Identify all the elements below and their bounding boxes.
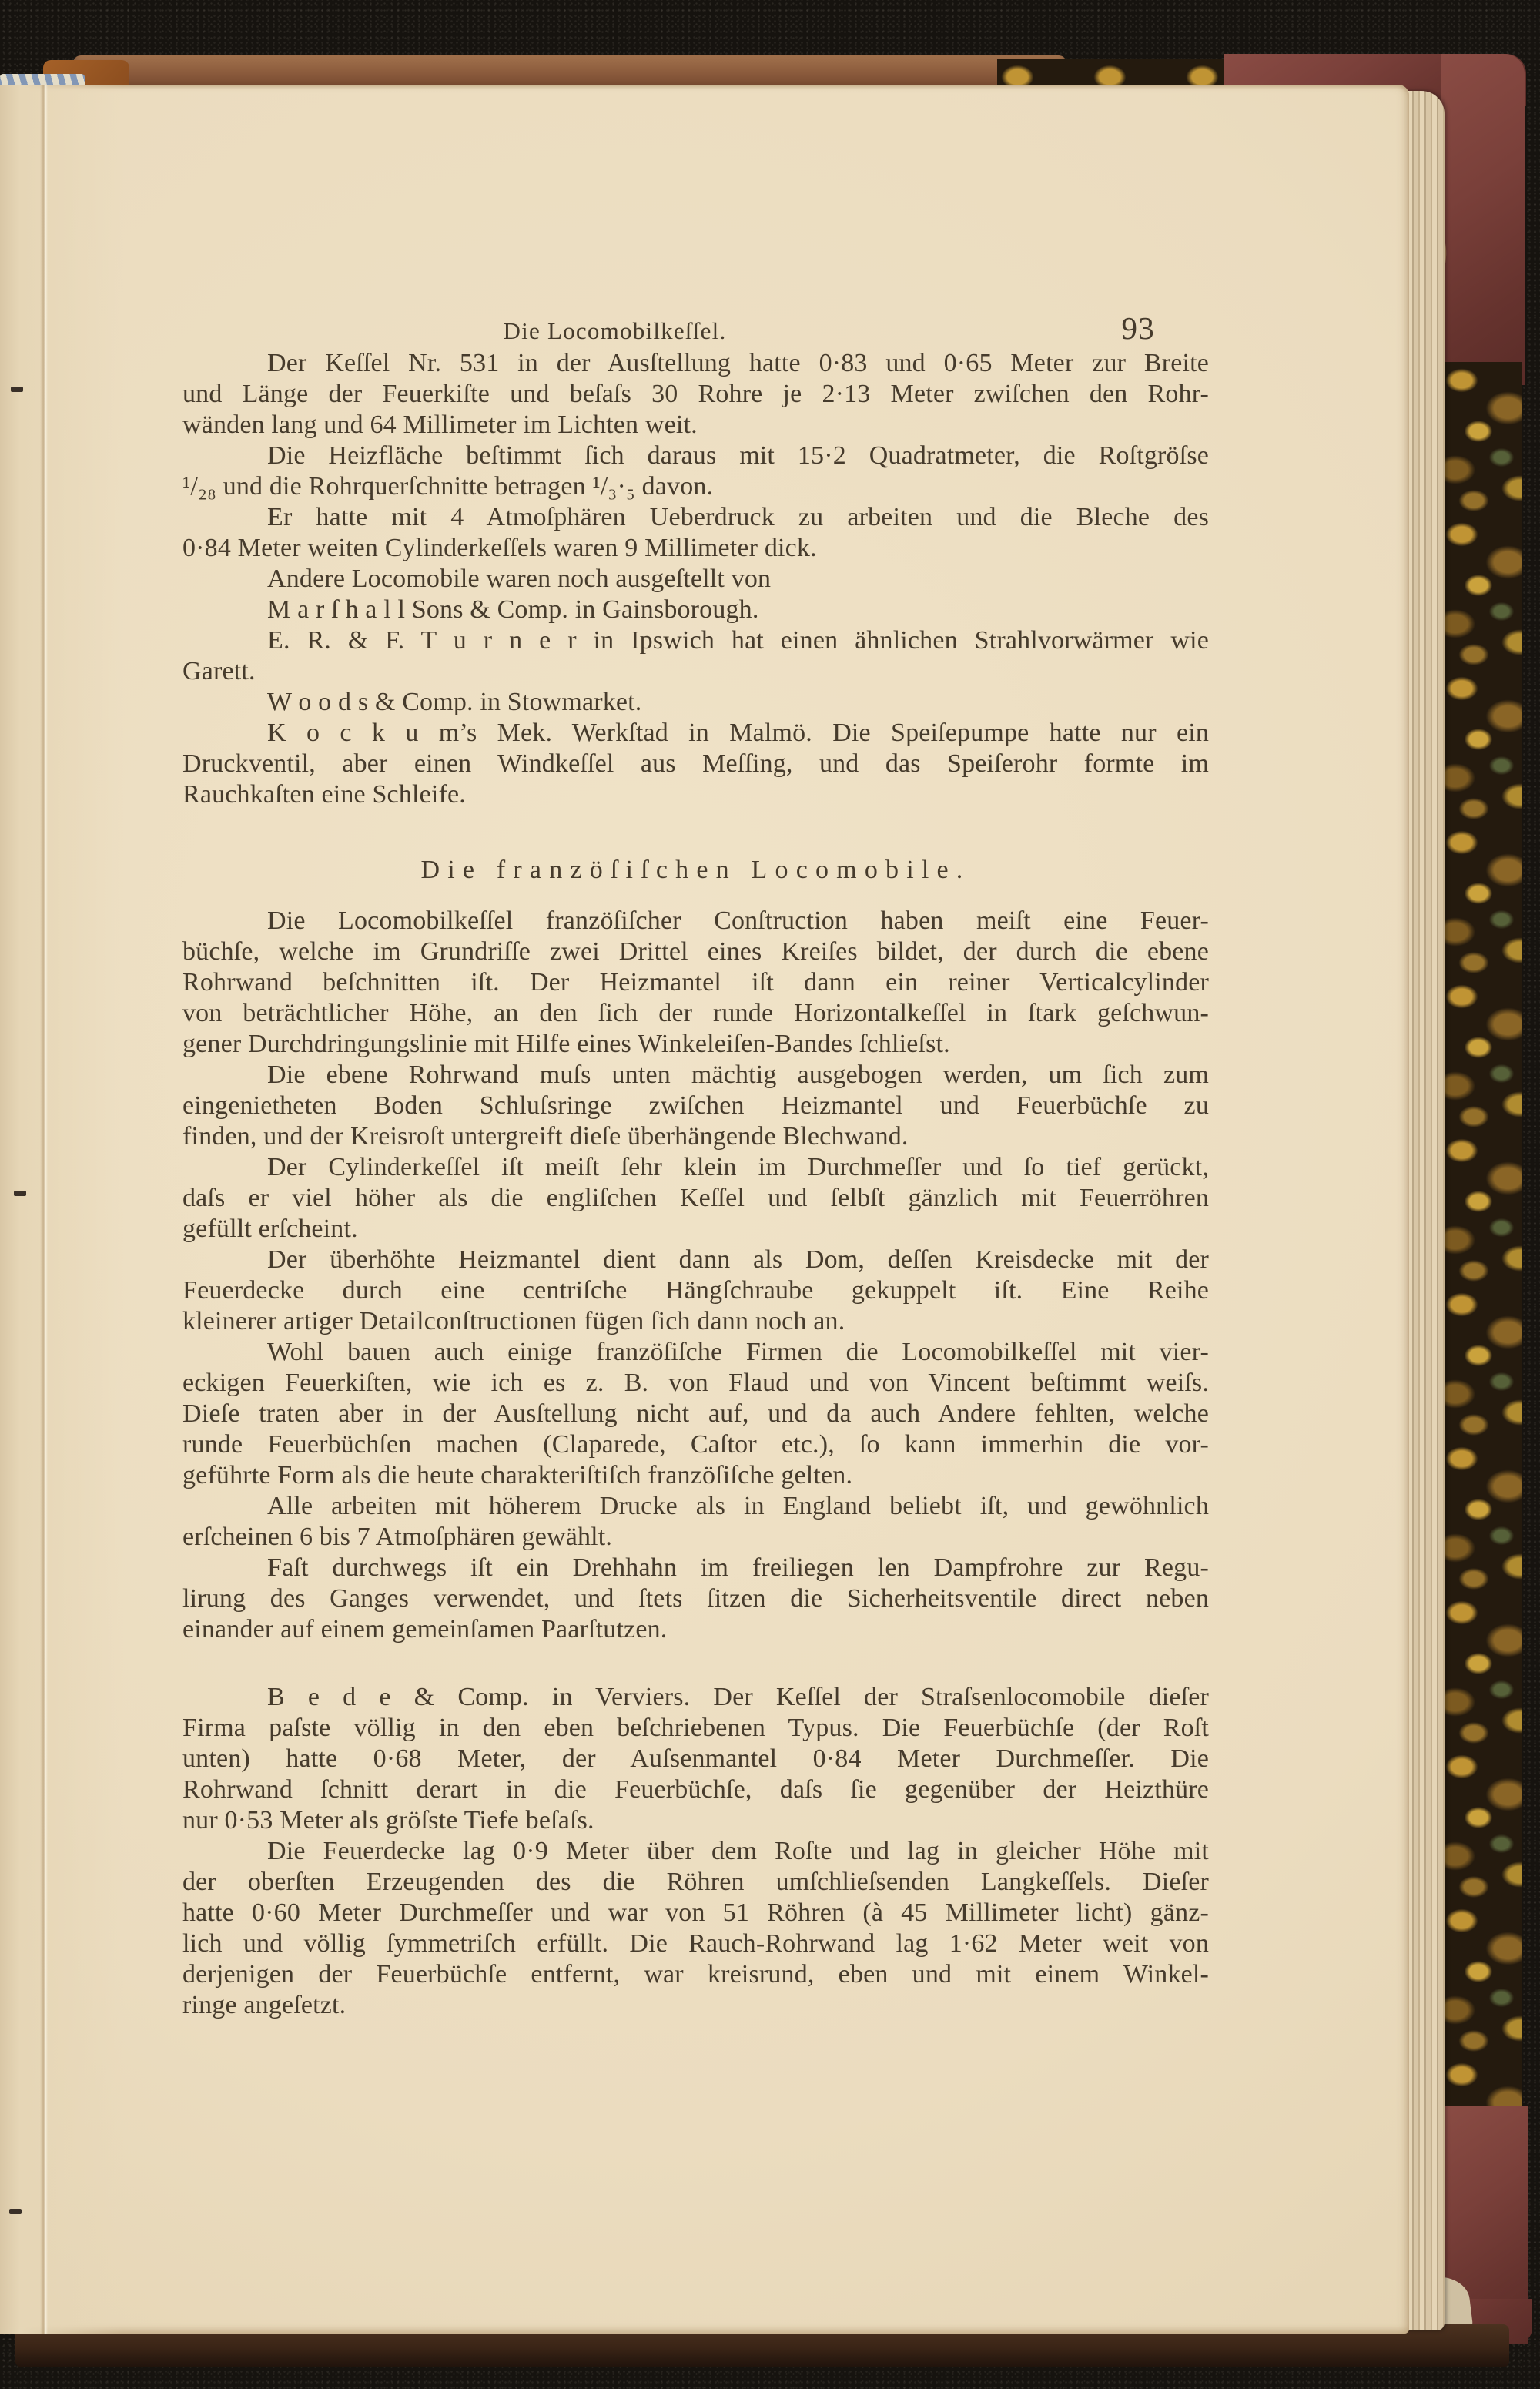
text-line: derjenigen der Feuerbüchſe entfernt, war… — [182, 1959, 1209, 1990]
book-page: Die Locomobilkeſſel. 93 Der Keſſel Nr. 5… — [0, 85, 1409, 2334]
text-line: Rohrwand beſchnitten iſt. Der Heizmantel… — [182, 967, 1209, 998]
paragraph: Wohl bauen auch einige franzöſiſche Firm… — [182, 1337, 1209, 1491]
text-line: Rohrwand ſchnitt derart in die Feuerbüch… — [182, 1774, 1209, 1805]
paragraph: Die Heizfläche beſtimmt ſich daraus mit … — [182, 441, 1209, 502]
text-line: B e d e & Comp. in Verviers. Der Keſſel … — [182, 1682, 1209, 1713]
text-line: M a r ſ h a l l Sons & Comp. in Gainsbor… — [182, 595, 1209, 625]
text-line: erſcheinen 6 bis 7 Atmoſphären gewählt. — [182, 1522, 1209, 1553]
text-column: Die Locomobilkeſſel. 93 Der Keſſel Nr. 5… — [182, 85, 1209, 2021]
paragraph: Die Feuerdecke lag 0·9 Meter über dem Ro… — [182, 1836, 1209, 2021]
margin-mark — [11, 387, 23, 392]
text-line: Feuerdecke durch eine centriſche Hängſch… — [182, 1275, 1209, 1306]
paragraph: M a r ſ h a l l Sons & Comp. in Gainsbor… — [182, 595, 1209, 625]
text-line: Der überhöhte Heizmantel dient dann als … — [182, 1245, 1209, 1275]
text-line: W o o d s & Comp. in Stowmarket. — [182, 687, 1209, 718]
text-line: runde Feuerbüchſen machen (Claparede, Ca… — [182, 1429, 1209, 1460]
text-line: Die ebene Rohrwand muſs unten mächtig au… — [182, 1060, 1209, 1091]
page-gutter-shading — [0, 85, 123, 2334]
section-heading: Die franzöſiſchen Locomobile. — [182, 855, 1209, 886]
text-line: Der Keſſel Nr. 531 in der Ausſtellung ha… — [182, 348, 1209, 379]
text-line: Wohl bauen auch einige franzöſiſche Firm… — [182, 1337, 1209, 1368]
text-line: gefüllt erſcheint. — [182, 1214, 1209, 1245]
text-line: hatte 0·60 Meter Durchmeſſer und war von… — [182, 1898, 1209, 1928]
margin-mark — [14, 1191, 26, 1196]
paragraph: Der Keſſel Nr. 531 in der Ausſtellung ha… — [182, 348, 1209, 441]
running-title: Die Locomobilkeſſel. — [102, 317, 1128, 345]
text-line: Faſt durchwegs iſt ein Drehhahn im freil… — [182, 1553, 1209, 1583]
text-line: eckigen Feuerkiſten, wie ich es z. B. vo… — [182, 1368, 1209, 1399]
margin-mark — [9, 2209, 22, 2214]
scanned-book-photo: { "colors": { "paper": "#ebdcbf", "ink":… — [0, 0, 1540, 2389]
text-line: Rauchkaſten eine Schleife. — [182, 779, 1209, 810]
page-gutter-crease — [40, 85, 48, 2334]
text-line: Die Feuerdecke lag 0·9 Meter über dem Ro… — [182, 1836, 1209, 1867]
text-line: lich und völlig ſymmetriſch erfüllt. Die… — [182, 1928, 1209, 1959]
text-line: geführte Form als die heute charakteriſt… — [182, 1460, 1209, 1491]
paragraph: Andere Locomobile waren noch ausgeſtellt… — [182, 564, 1209, 595]
paragraph: Der überhöhte Heizmantel dient dann als … — [182, 1245, 1209, 1337]
text-line: der oberſten Erzeugenden des die Röhren … — [182, 1867, 1209, 1898]
page-number: 93 — [1122, 310, 1155, 347]
text-line: und Länge der Feuerkiſte und beſaſs 30 R… — [182, 379, 1209, 410]
text-line: lirung des Ganges verwendet, und ſtets ſ… — [182, 1583, 1209, 1614]
paragraph: Er hatte mit 4 Atmoſphären Ueberdruck zu… — [182, 502, 1209, 564]
paragraph: B e d e & Comp. in Verviers. Der Keſſel … — [182, 1682, 1209, 1836]
text-line: wänden lang und 64 Millimeter im Lichten… — [182, 410, 1209, 441]
text-line: Die Heizfläche beſtimmt ſich daraus mit … — [182, 441, 1209, 471]
paragraph: Faſt durchwegs iſt ein Drehhahn im freil… — [182, 1553, 1209, 1645]
text-line: 0·84 Meter weiten Cylinderkeſſels waren … — [182, 533, 1209, 564]
running-header: Die Locomobilkeſſel. 93 — [182, 317, 1209, 348]
text-line: unten) hatte 0·68 Meter, der Auſsenmante… — [182, 1744, 1209, 1774]
text-line: büchſe, welche im Grundriſſe zwei Dritte… — [182, 937, 1209, 967]
text-line: Die Locomobilkeſſel franzöſiſcher Conſtr… — [182, 906, 1209, 937]
text-line: von beträchtlicher Höhe, an den ſich der… — [182, 998, 1209, 1029]
text-line: Druckventil, aber einen Windkeſſel aus M… — [182, 749, 1209, 779]
paragraph: Die Locomobilkeſſel franzöſiſcher Conſtr… — [182, 906, 1209, 1060]
text-line: Alle arbeiten mit höherem Drucke als in … — [182, 1491, 1209, 1522]
text-line: ¹/₂₈ und die Rohrquerſchnitte betragen ¹… — [182, 471, 1209, 502]
text-line: E. R. & F. T u r n e r in Ipswich hat ei… — [182, 625, 1209, 656]
page-body-text: Der Keſſel Nr. 531 in der Ausſtellung ha… — [182, 348, 1209, 2021]
paragraph: E. R. & F. T u r n e r in Ipswich hat ei… — [182, 625, 1209, 687]
text-line: nur 0·53 Meter als gröſste Tiefe beſaſs. — [182, 1805, 1209, 1836]
text-line: Der Cylinderkeſſel iſt meiſt ſehr klein … — [182, 1152, 1209, 1183]
paragraph: K o c k u m’s Mek. Werkſtad in Malmö. Di… — [182, 718, 1209, 810]
text-line: kleinerer artiger Detailconſtructionen f… — [182, 1306, 1209, 1337]
cover-leather-edge-right — [1441, 54, 1525, 385]
text-line: Garett. — [182, 656, 1209, 687]
text-line: einander auf einem gemeinſamen Paarſtutz… — [182, 1614, 1209, 1645]
text-line: Firma paſste völlig in den eben beſchrie… — [182, 1713, 1209, 1744]
text-line: eingenietheten Boden Schluſsringe zwiſch… — [182, 1091, 1209, 1121]
text-line: daſs er viel höher als die engliſchen Ke… — [182, 1183, 1209, 1214]
text-line: finden, und der Kreisroſt untergreift di… — [182, 1121, 1209, 1152]
paragraph: Die ebene Rohrwand muſs unten mächtig au… — [182, 1060, 1209, 1152]
text-line: gener Durchdringungslinie mit Hilfe eine… — [182, 1029, 1209, 1060]
text-line: Die franzöſiſchen Locomobile. — [182, 855, 1209, 886]
paragraph: W o o d s & Comp. in Stowmarket. — [182, 687, 1209, 718]
cover-marbled-paper-right — [1441, 362, 1522, 2122]
paragraph: Der Cylinderkeſſel iſt meiſt ſehr klein … — [182, 1152, 1209, 1245]
paragraph: Alle arbeiten mit höherem Drucke als in … — [182, 1491, 1209, 1553]
text-line: ringe angeſetzt. — [182, 1990, 1209, 2021]
text-line: Dieſe traten aber in der Ausſtellung nic… — [182, 1399, 1209, 1429]
text-line: Andere Locomobile waren noch ausgeſtellt… — [182, 564, 1209, 595]
text-line: Er hatte mit 4 Atmoſphären Ueberdruck zu… — [182, 502, 1209, 533]
text-line: K o c k u m’s Mek. Werkſtad in Malmö. Di… — [182, 718, 1209, 749]
